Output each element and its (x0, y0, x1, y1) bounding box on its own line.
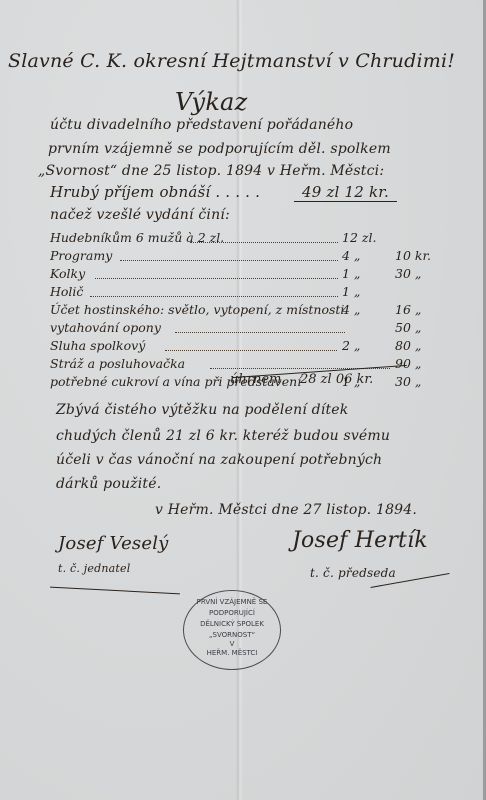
expense-row: Kolky 1 „ 30 „ (50, 266, 470, 284)
stamp-line: DĚLNICKÝ SPOLEK (184, 619, 280, 630)
total-line: úhrnem 28 zl 06 kr. (230, 372, 440, 387)
intro-line-2: prvním vzájemně se podporujícím děl. spo… (48, 141, 391, 157)
intro-line-1: účtu divadelního představení pořádaného (50, 117, 353, 133)
expense-row: Účet hostinského: světlo, vytopení, z mí… (50, 302, 470, 320)
expense-row: Programy 4 „ 10 kr. (50, 248, 470, 266)
expense-row: vytahování opony 50 „ (50, 320, 470, 338)
total-label: úhrnem (230, 372, 281, 387)
expense-kr: 16 „ (395, 302, 421, 317)
place-date: v Heřm. Městci dne 27 listop. 1894. (155, 502, 417, 518)
expense-label: Holič (50, 284, 83, 299)
expense-zl: 4 „ (342, 302, 360, 317)
dot-leader (120, 259, 338, 261)
closing-line-3: účeli v čas vánoční na zakoupení potřebn… (56, 452, 382, 468)
expense-row: Hudebníkům 6 mužů à 2 zl. 12 zl. (50, 230, 470, 248)
expense-kr: 80 „ (395, 338, 421, 353)
expense-label: Sluha spolkový (50, 338, 145, 353)
signature-left: Josef Veselý (58, 533, 169, 554)
expense-row: Holič 1 „ (50, 284, 470, 302)
intro-line-3: „Svornost“ dne 25 listop. 1894 v Heřm. M… (38, 163, 384, 179)
signature-right-role: t. č. předseda (310, 566, 396, 580)
expense-label: Stráž a posluhovačka (50, 356, 185, 371)
dot-leader (95, 277, 338, 279)
expense-zl: 12 zl. (342, 230, 376, 245)
expense-label: Účet hostinského: světlo, vytopení, z mí… (50, 302, 344, 317)
stamp-line: V (184, 641, 280, 648)
expense-zl: 4 „ (342, 248, 360, 263)
expense-kr: 30 „ (395, 266, 421, 281)
stamp-line: PRVNÍ VZÁJEMNĚ SE (184, 597, 280, 608)
expense-label: Programy (50, 248, 112, 263)
dot-leader (165, 349, 337, 351)
society-stamp: PRVNÍ VZÁJEMNĚ SE PODPORUJÍCÍ DĚLNICKÝ S… (183, 590, 281, 670)
dot-leader (190, 241, 338, 243)
expense-kr: 10 kr. (395, 248, 431, 263)
expense-zl: 1 „ (342, 266, 360, 281)
stamp-line: HEŘM. MĚSTCI (184, 648, 280, 659)
signature-flourish (50, 587, 180, 595)
total-amount: 28 zl 06 kr. (300, 372, 373, 387)
expense-kr: 50 „ (395, 320, 421, 335)
addressee-line: Slavné C. K. okresní Hejtmanství v Chrud… (8, 50, 455, 72)
gross-income-amount: 49 zl 12 kr. (294, 183, 397, 202)
gross-income-line: Hrubý příjem obnáší . . . . . 49 zl 12 k… (50, 183, 410, 201)
closing-line-2: chudých členů 21 zl 6 kr. kteréž budou s… (56, 428, 390, 444)
closing-line-4: dárků použité. (56, 476, 161, 492)
expense-kr: 90 „ (395, 356, 421, 371)
signature-left-role: t. č. jednatel (58, 562, 130, 575)
stamp-line: PODPORUJÍCÍ (184, 608, 280, 619)
closing-line-1: Zbývá čistého výtěžku na podělení dítek (56, 402, 348, 418)
expenses-list: Hudebníkům 6 mužů à 2 zl. 12 zl. Program… (50, 230, 470, 392)
dot-leader (90, 295, 338, 297)
expense-zl: 2 „ (342, 338, 360, 353)
expense-zl: 1 „ (342, 284, 360, 299)
expense-label: vytahování opony (50, 320, 161, 335)
gross-income-label: Hrubý příjem obnáší (50, 183, 210, 201)
expense-row: Sluha spolkový 2 „ 80 „ (50, 338, 470, 356)
document-title: Výkaz (175, 88, 247, 116)
dot-leader (175, 331, 345, 333)
document-page: Slavné C. K. okresní Hejtmanství v Chrud… (0, 0, 486, 800)
expenses-intro: načež vzešlé vydání činí: (50, 207, 230, 223)
expense-label: Kolky (50, 266, 85, 281)
signature-right: Josef Hertík (292, 528, 428, 553)
